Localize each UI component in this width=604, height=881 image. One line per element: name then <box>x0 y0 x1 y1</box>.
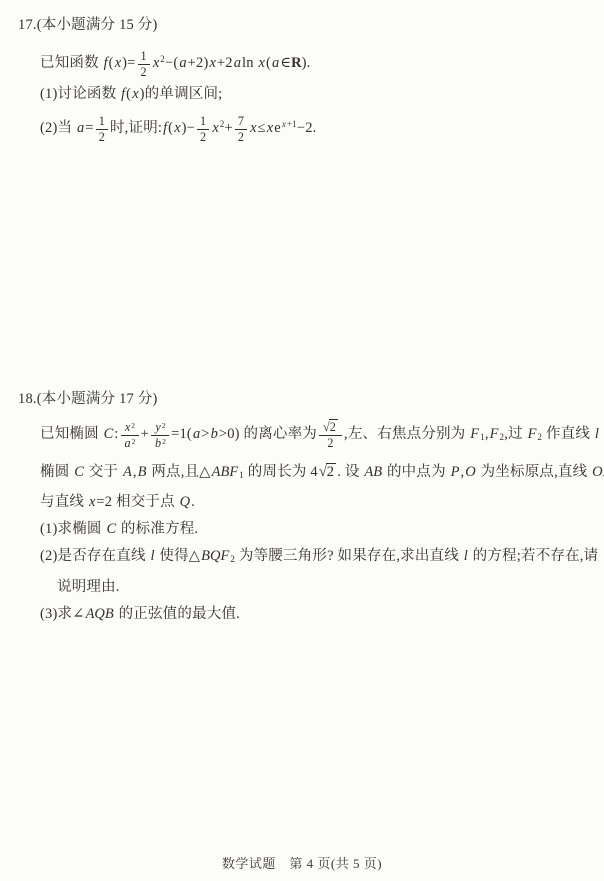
text-run: 已知函数 <box>40 55 103 71</box>
superscript: 2 <box>132 437 136 446</box>
text-run: ,过 <box>504 426 526 442</box>
fraction-denominator: a2 <box>121 435 139 450</box>
radicand: 2 <box>329 419 338 434</box>
math-var: a <box>271 55 280 71</box>
text-run: 的正弦值的最大值. <box>115 606 240 622</box>
text-run: 18.(本小题满分 17 分) <box>18 391 158 407</box>
text-line: 18.(本小题满分 17 分) <box>18 388 598 410</box>
square-root: √2 <box>319 461 336 484</box>
text-run: 7 <box>238 114 244 128</box>
math-var: F <box>469 426 480 442</box>
text-run: )− <box>182 120 195 136</box>
text-line: 说明理由. <box>57 576 598 599</box>
text-run: 时,证明: <box>110 120 162 136</box>
text-run: 使得△ <box>156 548 201 564</box>
text-run: 2 <box>141 65 147 79</box>
math-var: b <box>210 426 219 442</box>
math-var: x <box>258 55 266 71</box>
math-var: x <box>173 120 181 136</box>
text-line: 已知函数 f(x)=12x2−(a+2)x+2aln x(a∈R). <box>40 44 598 79</box>
text-run: 2 <box>162 421 166 430</box>
text-run: −2. <box>297 120 317 136</box>
math-var: y <box>154 420 161 434</box>
math-var: AQB <box>85 606 115 622</box>
text-run: 的周长为 4 <box>244 464 318 480</box>
superscript: 2 <box>162 421 166 430</box>
text-run: 与直线 <box>40 494 88 510</box>
fraction-numerator: 1 <box>197 115 209 129</box>
fraction-denominator: 2 <box>96 129 108 144</box>
fraction: x2a2 <box>121 421 139 450</box>
text-run: 的方程;若不存在,请 <box>469 548 598 564</box>
text-run: 2 <box>99 130 105 144</box>
text-line: (2)当 a=12时,证明:f(x)−12x2+72x≤xex+1−2. <box>40 109 598 144</box>
math-var: x <box>208 55 216 71</box>
fraction-numerator: x2 <box>121 421 139 435</box>
text-run: . 设 <box>337 464 363 480</box>
text-run: 椭圆 <box>40 464 73 480</box>
text-line: 17.(本小题满分 15 分) <box>18 14 598 36</box>
fraction-numerator: √2 <box>319 419 342 435</box>
text-run: 说明理由. <box>57 579 120 595</box>
text-line: (3)求∠AQB 的正弦值的最大值. <box>40 603 598 626</box>
exam-page: 17.(本小题满分 15 分)已知函数 f(x)=12x2−(a+2)x+2al… <box>0 0 604 881</box>
text-run: 1 <box>99 114 105 128</box>
question-18: 18.(本小题满分 17 分)已知椭圆 C:x2a2+y2b2=1(a>b>0)… <box>18 388 598 626</box>
text-run: : <box>114 426 118 442</box>
text-run: ). <box>302 55 311 71</box>
text-line: (2)是否存在直线 l 使得△BQF2 为等腰三角形? 如果存在,求出直线 l … <box>40 545 598 571</box>
text-run: 1 <box>141 49 147 63</box>
text-run: 作直线 <box>542 426 594 442</box>
text-line: (1)讨论函数 f(x)的单调区间; <box>40 83 598 106</box>
text-run: 两点,且△ <box>148 464 211 480</box>
math-var: b <box>154 436 162 450</box>
text-run: )= <box>122 55 135 71</box>
fraction-numerator: 7 <box>235 115 247 129</box>
text-run: ln <box>242 55 258 71</box>
math-var: x <box>211 120 219 136</box>
text-run: 与 <box>600 426 604 442</box>
math-var: x <box>249 120 257 136</box>
math-var: a <box>178 55 187 71</box>
text-run: > <box>201 426 209 442</box>
math-var: B <box>137 464 148 480</box>
question-17: 17.(本小题满分 15 分)已知函数 f(x)=12x2−(a+2)x+2al… <box>18 14 598 144</box>
math-var: C <box>105 521 117 537</box>
fraction-denominator: 2 <box>197 129 209 144</box>
text-run: 为等腰三角形? 如果存在,求出直线 <box>235 548 463 564</box>
math-var: OP <box>591 464 604 480</box>
math-var: a <box>76 120 85 136</box>
text-run: )的单调区间; <box>140 86 223 102</box>
text-run: = <box>85 120 93 136</box>
text-run: ∈ <box>280 55 291 71</box>
text-run: ≤ <box>258 120 266 136</box>
text-run: −( <box>165 55 178 71</box>
text-run: (1)讨论函数 <box>40 86 120 102</box>
fraction: √22 <box>319 419 342 450</box>
math-var: x <box>152 55 160 71</box>
math-var: F <box>527 426 538 442</box>
math-var: AB <box>363 464 383 480</box>
fraction: 72 <box>235 115 247 144</box>
superscript: x+1 <box>281 119 297 129</box>
text-run: 交于 <box>85 464 122 480</box>
math-var: C <box>73 464 85 480</box>
math-var: x <box>131 86 139 102</box>
superscript: 2 <box>162 437 166 446</box>
text-run: 的中点为 <box>383 464 449 480</box>
text-run: 2 <box>238 130 244 144</box>
radical-sign: √ <box>323 421 330 435</box>
math-var: F <box>489 426 500 442</box>
text-line: 与直线 x=2 相交于点 Q. <box>40 491 598 514</box>
text-run: e <box>274 120 281 136</box>
text-run: =1( <box>171 426 192 442</box>
text-run: (2)当 <box>40 120 76 136</box>
text-run: 的标准方程. <box>117 521 198 537</box>
text-run: + <box>141 426 149 442</box>
page-footer: 数学试题 第 4 页(共 5 页) <box>0 853 604 872</box>
text-run: 1 <box>200 114 206 128</box>
text-line: 已知椭圆 C:x2a2+y2b2=1(a>b>0) 的离心率为√22,左、右焦点… <box>40 414 598 457</box>
fraction: y2b2 <box>151 421 169 450</box>
fraction-numerator: y2 <box>151 421 169 435</box>
math-var: P <box>450 464 461 480</box>
text-run: >0) 的离心率为 <box>219 426 317 442</box>
math-var: BQF <box>200 548 230 564</box>
text-run: 为坐标原点,直线 <box>477 464 591 480</box>
radicand: 2 <box>326 463 336 481</box>
text-run: + <box>224 120 232 136</box>
fraction-denominator: b2 <box>151 435 169 450</box>
text-run: +2) <box>188 55 209 71</box>
text-run: 2 <box>162 437 166 446</box>
text-run: 2 <box>327 436 333 450</box>
text-run: +1 <box>287 119 297 129</box>
fraction: 12 <box>197 115 209 144</box>
text-run: ( <box>109 55 114 71</box>
math-var: a <box>233 55 242 71</box>
text-run: ,左、右焦点分别为 <box>344 426 469 442</box>
text-run: 2 <box>132 437 136 446</box>
text-run: (2)是否存在直线 <box>40 548 150 564</box>
text-run: 2 <box>330 420 336 434</box>
text-run: =2 相交于点 <box>96 494 178 510</box>
radical-sign: √ <box>319 461 327 485</box>
text-line: 椭圆 C 交于 A,B 两点,且△ABF1 的周长为 4√2. 设 AB 的中点… <box>40 461 598 487</box>
fraction: 12 <box>138 50 150 79</box>
square-root: √2 <box>323 419 338 434</box>
text-run: (1)求椭圆 <box>40 521 105 537</box>
math-var: O <box>464 464 476 480</box>
fraction-numerator: 1 <box>138 50 150 64</box>
text-run: 17.(本小题满分 15 分) <box>18 17 158 33</box>
superscript: 2 <box>131 421 135 430</box>
math-var: A <box>122 464 133 480</box>
text-run: +2 <box>217 55 233 71</box>
math-var: x <box>114 55 122 71</box>
text-run: 2 <box>200 130 206 144</box>
text-run: 2 <box>131 421 135 430</box>
math-bold: R <box>291 55 301 71</box>
fraction-denominator: 2 <box>235 129 247 144</box>
fraction: 12 <box>96 115 108 144</box>
text-run: 已知椭圆 <box>40 426 103 442</box>
math-var: a <box>192 426 201 442</box>
math-var: x <box>266 120 274 136</box>
fraction-denominator: 2 <box>319 435 342 450</box>
text-line: (1)求椭圆 C 的标准方程. <box>40 518 598 541</box>
math-var: C <box>103 426 115 442</box>
math-var: a <box>124 436 132 450</box>
text-run: 2 <box>327 464 334 480</box>
text-run: . <box>191 494 195 510</box>
math-var: Q <box>179 494 191 510</box>
text-run: (3)求∠ <box>40 606 85 622</box>
fraction-denominator: 2 <box>138 64 150 79</box>
fraction-numerator: 1 <box>96 115 108 129</box>
math-var: ABF <box>211 464 240 480</box>
